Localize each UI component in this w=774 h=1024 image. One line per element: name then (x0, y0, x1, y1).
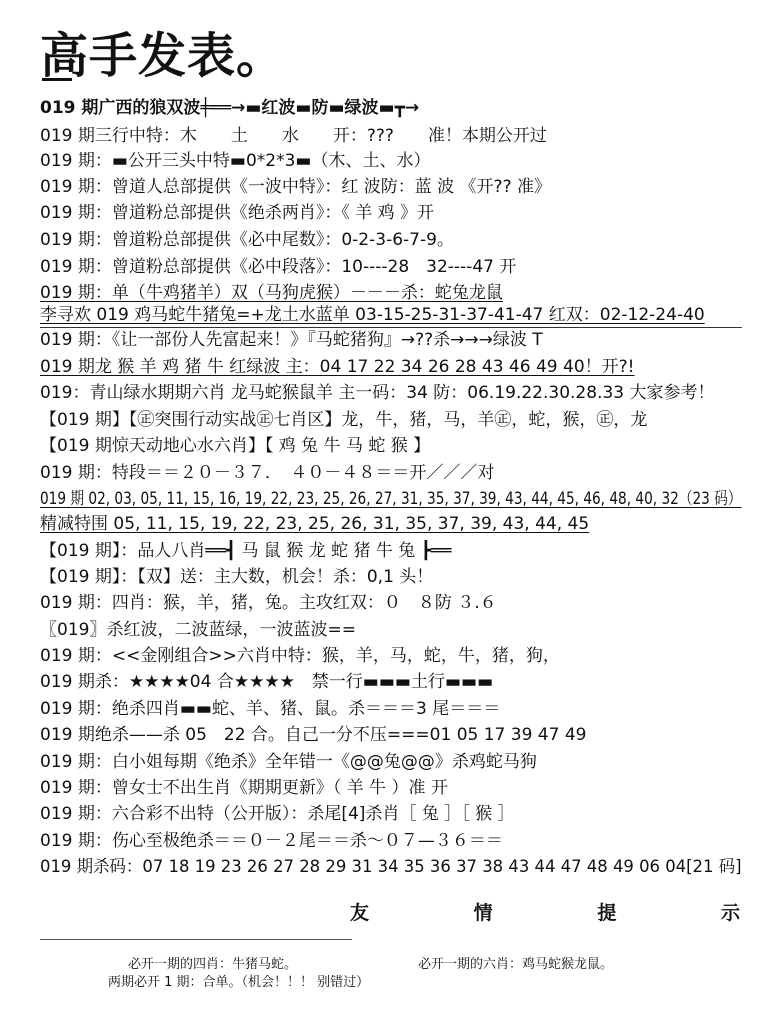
prediction-line: 019：青山绿水期期六肖 龙马蛇猴鼠羊 主一码：34 防：06.19.22.30… (40, 381, 715, 405)
prediction-line: 【019 期】：品人八肖══┫ 马 鼠 猴 龙 蛇 猪 牛 兔 ┣══ (40, 539, 451, 563)
prediction-line: 【019 期惊天动地心水六肖】【 鸡 兔 牛 马 蛇 猴 】 (40, 434, 430, 458)
tips-title-char: 示 (721, 898, 740, 925)
tip-six-zodiac: 必开一期的六肖：鸡马蛇猴龙鼠。 (418, 956, 613, 974)
title-underline (42, 78, 72, 81)
prediction-line: 019 期：四肖：猴，羊，猪，兔。主攻红双：０ ８防 ３.６ (40, 591, 497, 615)
prediction-line: 李寻欢 019 鸡马蛇牛猪兔=+龙土水蓝单 03-15-25-31-37-41-… (40, 303, 705, 327)
prediction-line: 【019 期】【㊣突围行动实战㊣七肖区】龙，牛，猪，马，羊㊣，蛇，猴，㊣，龙 (40, 408, 647, 432)
tips-divider (40, 939, 352, 940)
tips-title: 友 情 提 示 (350, 898, 740, 925)
prediction-line: 019 期三行中特：木 土 水 开：??? 准！本期公开过 (40, 124, 547, 148)
prediction-line: 019 期杀：★★★★04 合★★★★ 禁一行▬▬▬土行▬▬▬ (40, 670, 493, 694)
tip-two-period: 两期必开 1 期：合单。（机会！！！ 别错过） (108, 974, 369, 992)
prediction-line: 019 期广西的狼双波╪══→▬红波▬防▬绿波▬┳→ (40, 96, 419, 120)
page-title: 高手发表。 (40, 28, 285, 84)
prediction-line: 019 期：曾道人总部提供《一波中特》：红 波防：蓝 波 《开?? 准》 (40, 175, 551, 199)
prediction-line: 019 期 02, 03, 05, 11, 15, 16, 19, 22, 23… (40, 487, 741, 511)
prediction-line: 019 期：曾女士不出生肖《期期更新》（ 羊 牛 ）准 开 (40, 776, 448, 800)
prediction-line: 019 期龙 猴 羊 鸡 猪 牛 红绿波 主：04 17 22 34 26 28… (40, 355, 634, 379)
tips-title-char: 情 (474, 898, 493, 925)
tip-four-zodiac: 必开一期的四肖：牛猪马蛇。 (128, 956, 297, 974)
prediction-line: 【019 期】：【双】送：主大数，机会！杀：0,1 头！ (40, 565, 433, 589)
prediction-line: 019 期：曾道粉总部提供《绝杀两肖》：《 羊 鸡 》开 (40, 201, 434, 225)
tips-title-char: 提 (597, 898, 616, 925)
prediction-line: 019 期：六合彩不出特（公开版）：杀尾[4]杀肖［ 兔 ］［ 猴 ］ (40, 802, 515, 826)
prediction-line: 019 期：曾道粉总部提供《必中段落》：10----28 32----47 开 (40, 255, 516, 279)
prediction-line: 精减特围 05, 11, 15, 19, 22, 23, 25, 26, 31,… (40, 512, 589, 536)
prediction-line: 019 期：曾道粉总部提供《必中尾数》：0-2-3-6-7-9。 (40, 228, 454, 252)
prediction-line: 019 期绝杀——杀 05 22 合。自己一分不压===01 05 17 39 … (40, 723, 586, 747)
prediction-line: 019 期：<<金刚组合>>六肖中特：猴，羊，马，蛇，牛，猪，狗， (40, 644, 560, 668)
rule-under-line-8 (40, 327, 742, 328)
prediction-line: 019 期：《让一部份人先富起来！》『马蛇猪狗』→??杀→→→绿波 T (40, 328, 543, 352)
prediction-line: 019 期：特段＝＝２０－３７． ４０－４８＝＝开／／／对 (40, 461, 494, 485)
prediction-line: 019 期：白小姐每期《绝杀》全年错一《@@兔@@》杀鸡蛇马狗 (40, 750, 537, 774)
prediction-line: 019 期杀码：07 18 19 23 26 27 28 29 31 34 35… (40, 855, 742, 879)
prediction-line: 019 期：单（牛鸡猪羊）双（马狗虎猴）－－－杀：蛇兔龙鼠 (40, 281, 503, 305)
prediction-line: 〖019〗杀红波，二波蓝绿，一波蓝波== (40, 618, 356, 642)
prediction-line: 019 期：▬公开三头中特▬0*2*3▬（木、土、水） (40, 149, 431, 173)
tips-title-char: 友 (350, 898, 369, 925)
prediction-line: 019 期：绝杀四肖▬▬蛇、羊、猪、鼠。杀＝＝＝3 尾＝＝＝ (40, 697, 500, 721)
prediction-line: 019 期：伤心至极绝杀＝＝０－２尾＝＝杀～０７—３６＝＝ (40, 829, 503, 853)
